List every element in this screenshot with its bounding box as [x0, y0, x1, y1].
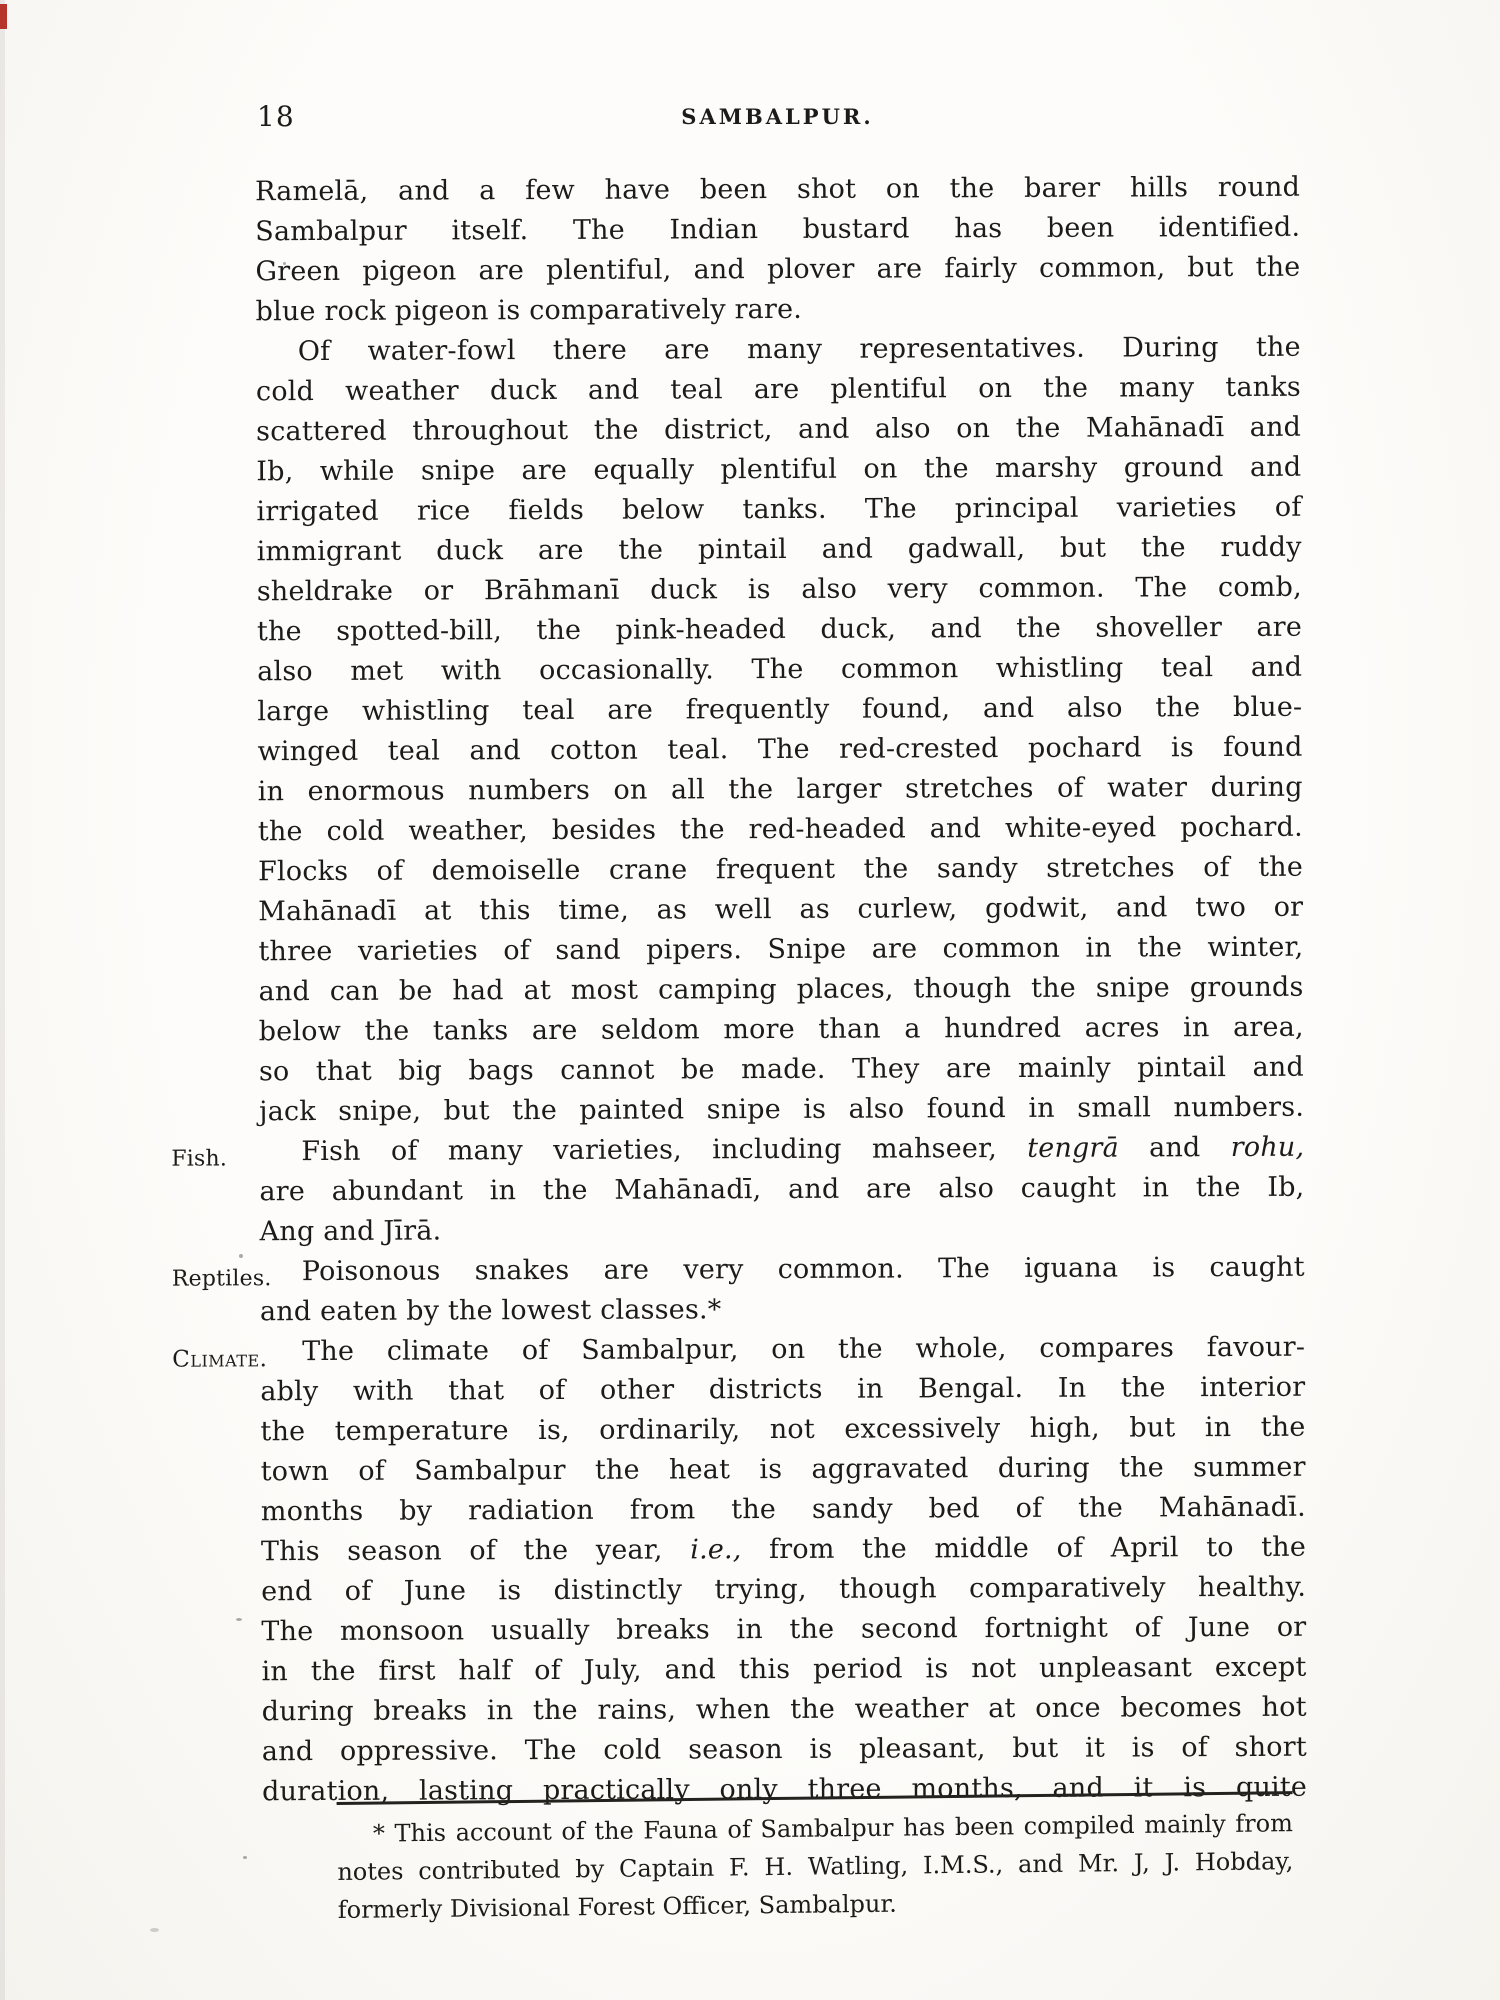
- text-segment: immigrant duck are the pintail and gadwa…: [257, 532, 1302, 568]
- text-line: and eaten by the lowest classes.*: [260, 1288, 1305, 1333]
- text-segment: Flocks of demoiselle crane frequent the …: [258, 852, 1303, 888]
- text-line: town of Sambalpur the heat is aggravated…: [261, 1448, 1306, 1493]
- text-segment: This season of the year,: [261, 1534, 690, 1567]
- text-segment: Ang and Jīrā.: [260, 1215, 442, 1247]
- text-segment: Sambalpur itself. The Indian bustard has…: [255, 212, 1300, 248]
- text-segment: are abundant in the Mahānadī, and are al…: [259, 1172, 1304, 1208]
- text-line: ably with that of other districts in Ben…: [260, 1368, 1305, 1413]
- text-line: Ib, while snipe are equally plentiful on…: [256, 448, 1301, 493]
- scan-speck: [150, 1928, 159, 1932]
- text-line: so that big bags cannot be made. They ar…: [259, 1048, 1304, 1093]
- text-segment: winged teal and cotton teal. The red-cre…: [257, 732, 1302, 768]
- text-segment: formerly Divisional Forest Officer, Samb…: [338, 1890, 897, 1924]
- text-line: the spotted-bill, the pink-headed duck, …: [257, 608, 1302, 653]
- paragraph: Reptiles.Poisonous snakes are very commo…: [260, 1248, 1305, 1333]
- text-segment: months by radiation from the sandy bed o…: [261, 1492, 1306, 1528]
- text-line: during breaks in the rains, when the wea…: [262, 1688, 1307, 1733]
- text-line: Sambalpur itself. The Indian bustard has…: [255, 208, 1300, 253]
- text-line: scattered throughout the district, and a…: [256, 408, 1301, 453]
- text-line: cold weather duck and teal are plentiful…: [256, 368, 1301, 413]
- text-line: blue rock pigeon is comparatively rare.: [256, 288, 1301, 333]
- text-segment: Ramelā, and a few have been shot on the …: [255, 172, 1300, 208]
- text-segment: in the first half of July, and this peri…: [261, 1652, 1306, 1688]
- text-line: and can be had at most camping places, t…: [258, 968, 1303, 1013]
- text-line: Fish of many varieties, including mahsee…: [259, 1128, 1304, 1173]
- text-segment: Green pigeon are plentiful, and plover a…: [255, 252, 1300, 288]
- body-text: Ramelā, and a few have been shot on the …: [255, 168, 1307, 1813]
- running-title: SAMBALPUR.: [255, 104, 1300, 129]
- text-line: below the tanks are seldom more than a h…: [259, 1008, 1304, 1053]
- text-line: the cold weather, besides the red-headed…: [258, 808, 1303, 853]
- text-segment: and can be had at most camping places, t…: [259, 972, 1304, 1008]
- paragraph: Of water-fowl there are many representat…: [256, 328, 1304, 1133]
- text-segment: Of water-fowl there are many representat…: [298, 332, 1301, 367]
- text-segment: also met with occasionally. The common w…: [257, 652, 1302, 688]
- text-segment: Fish of many varieties, including mahsee…: [301, 1133, 1027, 1167]
- text-line: The climate of Sambalpur, on the whole, …: [260, 1328, 1305, 1373]
- scan-edge-shadow: [0, 0, 5, 2000]
- paragraph: Fish.Fish of many varieties, including m…: [259, 1128, 1305, 1253]
- footnote: * This account of the Fauna of Sambalpur…: [337, 1791, 1294, 1929]
- text-segment: cold weather duck and teal are plentiful…: [256, 372, 1301, 408]
- paragraph: Ramelā, and a few have been shot on the …: [255, 168, 1301, 333]
- text-line: Mahānadī at this time, as well as curlew…: [258, 888, 1303, 933]
- text-line: months by radiation from the sandy bed o…: [261, 1488, 1306, 1533]
- scan-speck: [236, 1618, 242, 1621]
- scan-speck: [243, 1856, 247, 1859]
- text-segment: below the tanks are seldom more than a h…: [259, 1012, 1304, 1048]
- text-segment: in enormous numbers on all the larger st…: [258, 772, 1303, 808]
- text-segment: large whistling teal are frequently foun…: [257, 692, 1302, 728]
- text-line: in the first half of July, and this peri…: [261, 1648, 1306, 1693]
- text-segment: the cold weather, besides the red-headed…: [258, 812, 1303, 848]
- italic-text: rohu,: [1231, 1132, 1305, 1163]
- text-line: also met with occasionally. The common w…: [257, 648, 1302, 693]
- text-segment: * This account of the Fauna of Sambalpur…: [373, 1809, 1293, 1847]
- text-line: three varieties of sand pipers. Snipe ar…: [258, 928, 1303, 973]
- text-line: the temperature is, ordinarily, not exce…: [260, 1408, 1305, 1453]
- italic-text: i.e.,: [690, 1534, 742, 1565]
- footnote-lines: * This account of the Fauna of Sambalpur…: [337, 1804, 1294, 1929]
- text-line: are abundant in the Mahānadī, and are al…: [259, 1168, 1304, 1213]
- text-segment: and eaten by the lowest classes.*: [260, 1294, 722, 1327]
- paragraph: Climate.The climate of Sambalpur, on the…: [260, 1328, 1307, 1813]
- text-line: Ang and Jīrā.: [260, 1208, 1305, 1253]
- page-header: 18 SAMBALPUR.: [255, 100, 1300, 136]
- text-line: Of water-fowl there are many representat…: [256, 328, 1301, 373]
- scan-speck: [239, 1254, 243, 1258]
- text-line: The monsoon usually breaks in the second…: [261, 1608, 1306, 1653]
- text-segment: The monsoon usually breaks in the second…: [261, 1612, 1306, 1648]
- text-segment: during breaks in the rains, when the wea…: [262, 1692, 1307, 1728]
- text-segment: the spotted-bill, the pink-headed duck, …: [257, 612, 1302, 648]
- text-line: winged teal and cotton teal. The red-cre…: [257, 728, 1302, 773]
- text-line: immigrant duck are the pintail and gadwa…: [257, 528, 1302, 573]
- text-line: Poisonous snakes are very common. The ig…: [260, 1248, 1305, 1293]
- text-segment: jack snipe, but the painted snipe is als…: [259, 1092, 1304, 1128]
- text-segment: Mahānadī at this time, as well as curlew…: [258, 892, 1303, 928]
- text-line: in enormous numbers on all the larger st…: [258, 768, 1303, 813]
- text-segment: Poisonous snakes are very common. The ig…: [302, 1252, 1305, 1287]
- text-segment: scattered throughout the district, and a…: [256, 412, 1301, 448]
- text-segment: The climate of Sambalpur, on the whole, …: [302, 1332, 1305, 1367]
- text-segment: town of Sambalpur the heat is aggravated…: [261, 1452, 1306, 1488]
- text-line: Green pigeon are plentiful, and plover a…: [255, 248, 1300, 293]
- text-line: sheldrake or Brāhmanī duck is also very …: [257, 568, 1302, 613]
- text-line: Flocks of demoiselle crane frequent the …: [258, 848, 1303, 893]
- margin-label-fish: Fish.: [171, 1139, 255, 1179]
- text-segment: so that big bags cannot be made. They ar…: [259, 1052, 1304, 1088]
- text-line: end of June is distinctly trying, though…: [261, 1568, 1306, 1613]
- text-line: This season of the year, i.e., from the …: [261, 1528, 1306, 1573]
- text-segment: and oppressive. The cold season is pleas…: [262, 1732, 1307, 1768]
- text-segment: notes contributed by Captain F. H. Watli…: [337, 1847, 1293, 1886]
- text-segment: ably with that of other districts in Ben…: [260, 1372, 1305, 1408]
- text-line: jack snipe, but the painted snipe is als…: [259, 1088, 1304, 1133]
- text-line: Ramelā, and a few have been shot on the …: [255, 168, 1300, 213]
- text-segment: and: [1119, 1132, 1231, 1163]
- text-segment: three varieties of sand pipers. Snipe ar…: [258, 932, 1303, 968]
- margin-label-reptiles: Reptiles.: [172, 1259, 256, 1299]
- scan-red-mark: [0, 4, 7, 29]
- text-segment: Ib, while snipe are equally plentiful on…: [256, 452, 1301, 488]
- text-segment: from the middle of April to the: [741, 1532, 1306, 1565]
- text-line: and oppressive. The cold season is pleas…: [262, 1728, 1307, 1773]
- text-line: irrigated rice fields below tanks. The p…: [256, 488, 1301, 533]
- margin-label-climate: Climate.: [172, 1339, 256, 1379]
- text-segment: the temperature is, ordinarily, not exce…: [260, 1412, 1305, 1448]
- italic-text: tengrā: [1027, 1133, 1119, 1164]
- text-segment: blue rock pigeon is comparatively rare.: [256, 294, 803, 327]
- book-page: 18 SAMBALPUR. Ramelā, and a few have bee…: [0, 0, 1500, 2000]
- text-segment: irrigated rice fields below tanks. The p…: [256, 492, 1301, 528]
- text-segment: sheldrake or Brāhmanī duck is also very …: [257, 572, 1302, 608]
- text-line: large whistling teal are frequently foun…: [257, 688, 1302, 733]
- text-segment: end of June is distinctly trying, though…: [261, 1572, 1306, 1608]
